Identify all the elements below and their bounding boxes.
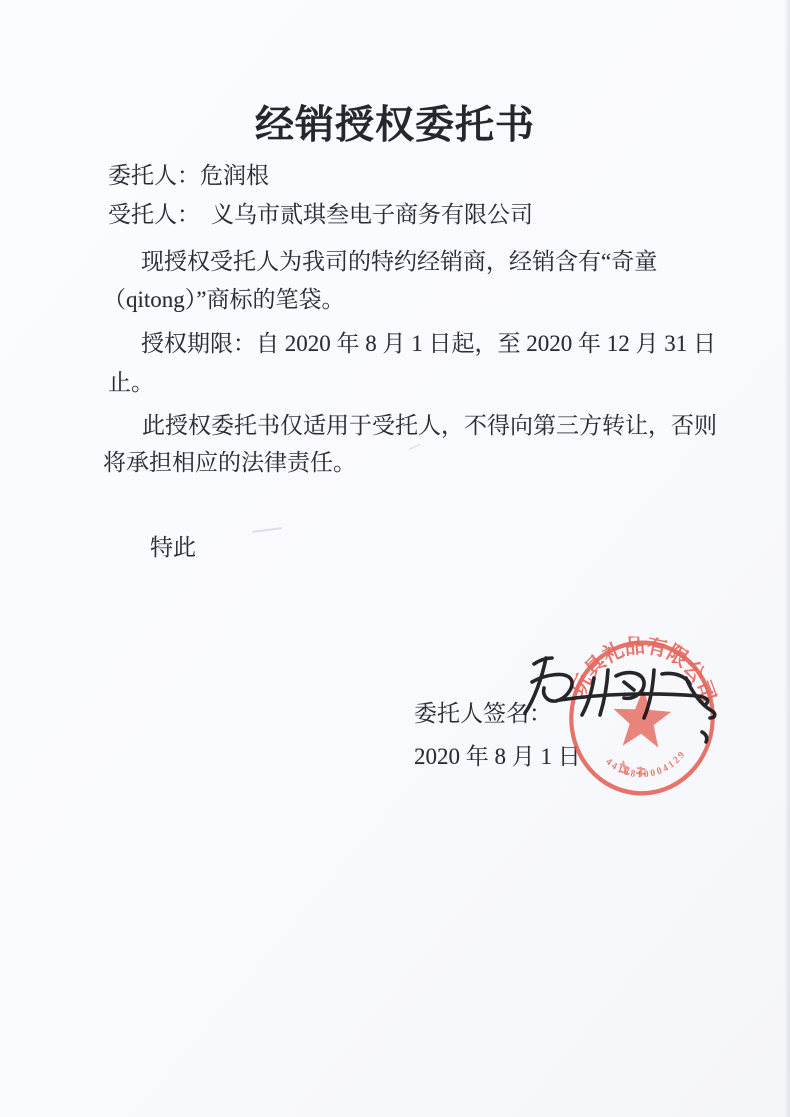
principal-line: 委托人：危润根 bbox=[108, 162, 269, 190]
paragraph-2-line-2: 止。 bbox=[108, 369, 154, 397]
document-title: 经销授权委托书 bbox=[0, 94, 790, 150]
paragraph-2-line-1: 授权期限：自 2020 年 8 月 1 日起，至 2020 年 12 月 31 … bbox=[141, 330, 716, 358]
paragraph-1-line-1: 现授权受托人为我司的特约经销商，经销含有“奇童 bbox=[141, 248, 657, 276]
trustee-line: 受托人：义乌市贰琪叁电子商务有限公司 bbox=[108, 201, 533, 229]
handwritten-signature bbox=[518, 648, 728, 748]
paragraph-1-line-2: （qitong）”商标的笔袋。 bbox=[103, 286, 345, 314]
principal-name: 危润根 bbox=[200, 163, 269, 188]
paragraph-3-line-2: 将承担相应的法律责任。 bbox=[103, 449, 356, 477]
scan-artifact bbox=[408, 443, 421, 450]
principal-label: 委托人： bbox=[108, 163, 200, 188]
stamp-registration-number: 4418810004129 bbox=[603, 744, 689, 783]
paragraph-3-line-1: 此授权委托书仅适用于受托人，不得向第三方转让，否则 bbox=[142, 412, 717, 440]
scanned-document-page: 经销授权委托书 委托人：危润根 受托人：义乌市贰琪叁电子商务有限公司 现授权受托… bbox=[0, 0, 790, 1117]
trustee-name: 义乌市贰琪叁电子商务有限公司 bbox=[211, 202, 533, 227]
scan-artifact bbox=[252, 527, 282, 533]
closing-text: 特此 bbox=[150, 534, 196, 562]
trustee-label: 受托人： bbox=[108, 202, 200, 227]
scan-edge-shadow bbox=[784, 0, 790, 1117]
signature-strokes bbox=[518, 648, 728, 748]
